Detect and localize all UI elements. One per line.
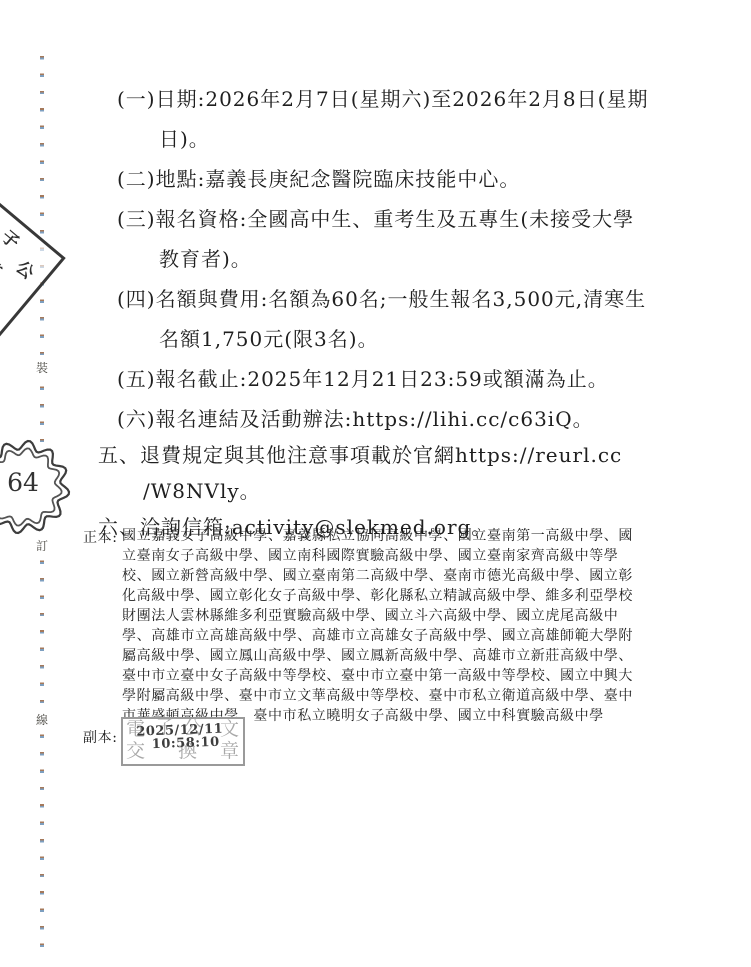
body-items-group: (一)日期:2026年2月7日(星期六)至2026年2月8日(星期 日)。 (二… bbox=[0, 84, 751, 404]
exchange-stamp-char: 交 bbox=[126, 741, 145, 761]
exchange-stamp-time: 10:58:10 bbox=[152, 735, 220, 752]
recipients-line: 化高級中學、國立彰化女子高級中學、彰化縣私立精誠高級中學、維多利亞學校 bbox=[122, 587, 633, 607]
body-line-quota-fee: (四)名額與費用:名額為60名;一般生報名3,500元,清寒生 bbox=[0, 284, 751, 324]
recipients-line: 財團法人雲林縣維多利亞實驗高級中學、國立斗六高級中學、國立虎尾高級中 bbox=[122, 607, 633, 627]
body-line-location: (二)地點:嘉義長庚紀念醫院臨床技能中心。 bbox=[0, 164, 751, 204]
body-line-quota-fee-cont: 名額1,750元(限3名)。 bbox=[0, 324, 751, 364]
recipients-line: 臺中市立臺中女子高級中等學校、臺中市立臺中第一高級中等學校、國立中興大 bbox=[122, 667, 633, 687]
recipients-line: 屬高級中學、國立鳳山高級中學、國立鳳新高級中學、高雄市立新莊高級中學、 bbox=[122, 647, 633, 667]
recipients-line: 學附屬高級中學、臺中市立文華高級中等學校、臺中市私立衛道高級中學、臺中 bbox=[122, 687, 633, 707]
body-line-refund-cont: /W8NVly。 bbox=[0, 476, 751, 512]
binding-label-xian: 線 bbox=[34, 714, 50, 727]
body-line-eligibility: (三)報名資格:全國高中生、重考生及五專生(未接受大學 bbox=[0, 204, 751, 244]
document-page: 裝 訂 線 子 公 騎 縫 章 64 (一)日期:2026年2月7日(星期六)至… bbox=[0, 0, 751, 967]
recipients-label: 正本: bbox=[83, 527, 118, 547]
copy-to-label: 副本: bbox=[83, 727, 118, 747]
body-line-deadline: (五)報名截止:2025年12月21日23:59或額滿為止。 bbox=[0, 364, 751, 404]
body-line-refund: 五、退費規定與其他注意事項載於官網https://reurl.cc bbox=[0, 440, 751, 476]
body-line-signup-link: (六)報名連結及活動辦法:https://lihi.cc/c63iQ。 bbox=[0, 404, 751, 440]
recipients-line: 國立嘉義女子高級中學、嘉義縣私立協同高級中學、國立臺南第一高級中學、國 bbox=[122, 527, 633, 547]
recipients-line: 立臺南女子高級中學、國立南科國際實驗高級中學、國立臺南家齊高級中等學 bbox=[122, 547, 633, 567]
exchange-stamp-char: 章 bbox=[220, 741, 239, 761]
electronic-exchange-stamp: 電 子 公 文 交 換 章 2025/12/11 10:58:10 bbox=[121, 717, 245, 766]
recipients-line: 校、國立新營高級中學、國立臺南第二高級中學、臺南市德光高級中學、國立彰 bbox=[122, 567, 633, 587]
body-line-date: (一)日期:2026年2月7日(星期六)至2026年2月8日(星期 bbox=[0, 84, 751, 124]
body-line-eligibility-cont: 教育者)。 bbox=[0, 244, 751, 284]
body-line-date-cont: 日)。 bbox=[0, 124, 751, 164]
letter-body: (一)日期:2026年2月7日(星期六)至2026年2月8日(星期 日)。 (二… bbox=[0, 84, 751, 548]
recipients-line: 學、高雄市立高雄高級中學、高雄市立高雄女子高級中學、國立高雄師範大學附 bbox=[122, 627, 633, 647]
recipients-list: 國立嘉義女子高級中學、嘉義縣私立協同高級中學、國立臺南第一高級中學、國 立臺南女… bbox=[122, 527, 633, 727]
